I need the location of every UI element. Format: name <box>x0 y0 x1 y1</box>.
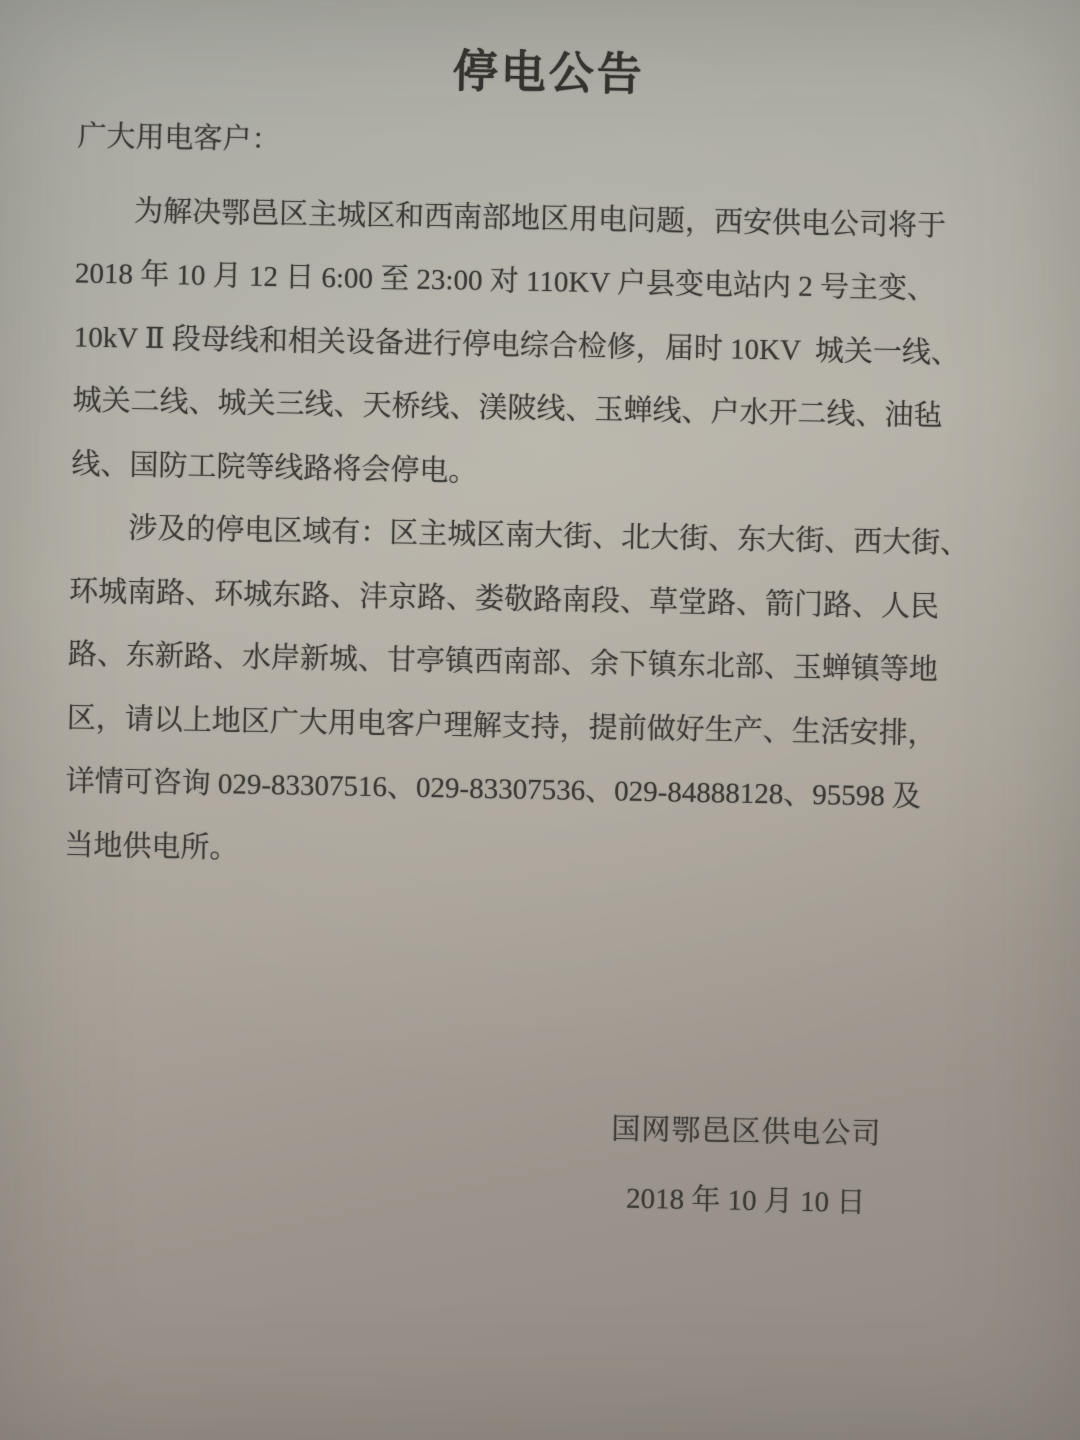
signature-date: 2018 年 10 月 10 日 <box>626 1167 999 1237</box>
paragraph-affected-areas: 涉及的停电区域有：区主城区南大街、北大街、东大街、西大街、 环城南路、环城东路、… <box>64 496 1011 894</box>
notice-title: 停电公告 <box>78 38 1019 107</box>
document-photo: 停电公告 广大用电客户： 为解决鄂邑区主城区和西南部地区用电问题，西安供电公司将… <box>0 0 1080 1440</box>
paragraph-outage-details: 为解决鄂邑区主城区和西南部地区用电问题，西安供电公司将于 2018 年 10 月… <box>71 179 1017 514</box>
signature-company: 国网鄂邑区供电公司 <box>611 1098 1000 1169</box>
notice-document: 停电公告 广大用电客户： 为解决鄂邑区主城区和西南部地区用电问题，西安供电公司将… <box>58 0 1020 1237</box>
salutation: 广大用电客户： <box>77 105 1018 186</box>
